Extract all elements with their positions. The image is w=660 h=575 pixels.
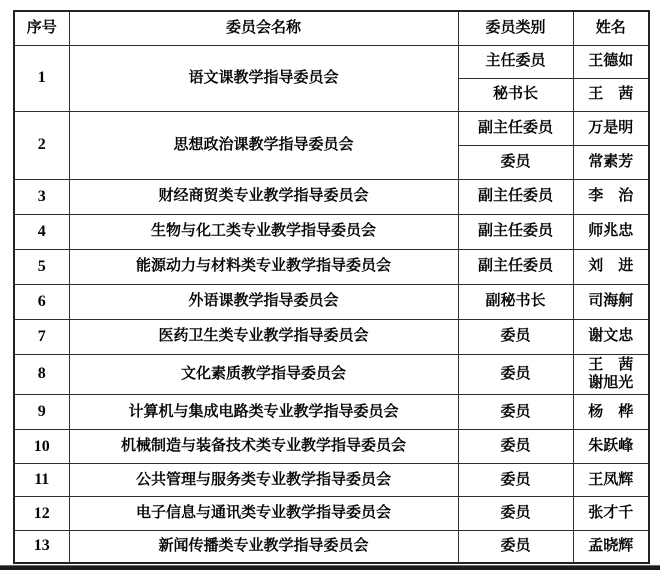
row-no-cell: 9 [14, 395, 69, 430]
table-row: 11 公共管理与服务类专业教学指导委员会 委员 王凤辉 [14, 464, 649, 497]
header-category: 委员类别 [458, 11, 573, 45]
committee-name-cell: 医药卫生类专业教学指导委员会 [69, 319, 458, 354]
member-category-cell: 主任委员 [458, 45, 573, 78]
member-category-cell: 副主任委员 [458, 214, 573, 249]
row-no-cell: 5 [14, 249, 69, 284]
row-no-cell: 7 [14, 319, 69, 354]
committee-name-cell: 外语课教学指导委员会 [69, 284, 458, 319]
row-no-cell: 6 [14, 284, 69, 319]
table-row: 9 计算机与集成电路类专业教学指导委员会 委员 杨 桦 [14, 395, 649, 430]
table-row: 7 医药卫生类专业教学指导委员会 委员 谢文忠 [14, 319, 649, 354]
row-no-cell: 8 [14, 354, 69, 395]
member-name-cell: 朱跃峰 [573, 430, 649, 464]
member-name-cell: 李 治 [573, 179, 649, 214]
committee-name-cell: 生物与化工类专业教学指导委员会 [69, 214, 458, 249]
committee-table: 序号 委员会名称 委员类别 姓名 1 语文课教学指导委员会 主任委员 王德如 秘… [13, 10, 650, 564]
member-category-cell: 副秘书长 [458, 284, 573, 319]
member-name-cell: 刘 进 [573, 249, 649, 284]
member-name-cell: 师兆忠 [573, 214, 649, 249]
table-row: 10 机械制造与装备技术类专业教学指导委员会 委员 朱跃峰 [14, 430, 649, 464]
page-bottom-rule [0, 565, 660, 570]
member-name-cell: 杨 桦 [573, 395, 649, 430]
member-category-cell: 副主任委员 [458, 249, 573, 284]
committee-name-cell: 计算机与集成电路类专业教学指导委员会 [69, 395, 458, 430]
member-name-cell: 王凤辉 [573, 464, 649, 497]
member-name-cell: 王德如 [573, 45, 649, 78]
member-category-cell: 委员 [458, 145, 573, 179]
committee-name-cell: 新闻传播类专业教学指导委员会 [69, 531, 458, 563]
committee-name-cell: 文化素质教学指导委员会 [69, 354, 458, 395]
member-category-cell: 副主任委员 [458, 179, 573, 214]
committee-name-cell: 财经商贸类专业教学指导委员会 [69, 179, 458, 214]
member-category-cell: 委员 [458, 395, 573, 430]
row-no-cell: 1 [14, 45, 69, 111]
member-category-cell: 委员 [458, 497, 573, 531]
committee-name-cell: 能源动力与材料类专业教学指导委员会 [69, 249, 458, 284]
row-no-cell: 11 [14, 464, 69, 497]
row-no-cell: 2 [14, 111, 69, 179]
member-name-cell: 万是明 [573, 111, 649, 145]
committee-name-cell: 思想政治课教学指导委员会 [69, 111, 458, 179]
table-row: 6 外语课教学指导委员会 副秘书长 司海舸 [14, 284, 649, 319]
member-name-cell: 孟晓辉 [573, 531, 649, 563]
table-row: 2 思想政治课教学指导委员会 副主任委员 万是明 [14, 111, 649, 145]
member-name-cell: 王 茜 谢旭光 [573, 354, 649, 395]
committee-name-cell: 公共管理与服务类专业教学指导委员会 [69, 464, 458, 497]
table-row: 12 电子信息与通讯类专业教学指导委员会 委员 张才千 [14, 497, 649, 531]
document-page: 序号 委员会名称 委员类别 姓名 1 语文课教学指导委员会 主任委员 王德如 秘… [0, 0, 660, 575]
table-row: 4 生物与化工类专业教学指导委员会 副主任委员 师兆忠 [14, 214, 649, 249]
member-name-cell: 常素芳 [573, 145, 649, 179]
table-row: 13 新闻传播类专业教学指导委员会 委员 孟晓辉 [14, 531, 649, 563]
committee-name-cell: 语文课教学指导委员会 [69, 45, 458, 111]
committee-name-cell: 机械制造与装备技术类专业教学指导委员会 [69, 430, 458, 464]
committee-name-cell: 电子信息与通讯类专业教学指导委员会 [69, 497, 458, 531]
member-category-cell: 委员 [458, 464, 573, 497]
row-no-cell: 10 [14, 430, 69, 464]
member-category-cell: 委员 [458, 430, 573, 464]
member-category-cell: 秘书长 [458, 78, 573, 111]
member-category-cell: 副主任委员 [458, 111, 573, 145]
table-row: 1 语文课教学指导委员会 主任委员 王德如 [14, 45, 649, 78]
member-name-cell: 王 茜 [573, 78, 649, 111]
member-category-cell: 委员 [458, 319, 573, 354]
member-category-cell: 委员 [458, 531, 573, 563]
member-category-cell: 委员 [458, 354, 573, 395]
table-row: 8 文化素质教学指导委员会 委员 王 茜 谢旭光 [14, 354, 649, 395]
header-name: 姓名 [573, 11, 649, 45]
table-row: 3 财经商贸类专业教学指导委员会 副主任委员 李 治 [14, 179, 649, 214]
member-name-cell: 谢文忠 [573, 319, 649, 354]
header-committee: 委员会名称 [69, 11, 458, 45]
row-no-cell: 13 [14, 531, 69, 563]
row-no-cell: 3 [14, 179, 69, 214]
row-no-cell: 12 [14, 497, 69, 531]
member-name-cell: 张才千 [573, 497, 649, 531]
header-no: 序号 [14, 11, 69, 45]
table-row: 5 能源动力与材料类专业教学指导委员会 副主任委员 刘 进 [14, 249, 649, 284]
row-no-cell: 4 [14, 214, 69, 249]
member-name-cell: 司海舸 [573, 284, 649, 319]
